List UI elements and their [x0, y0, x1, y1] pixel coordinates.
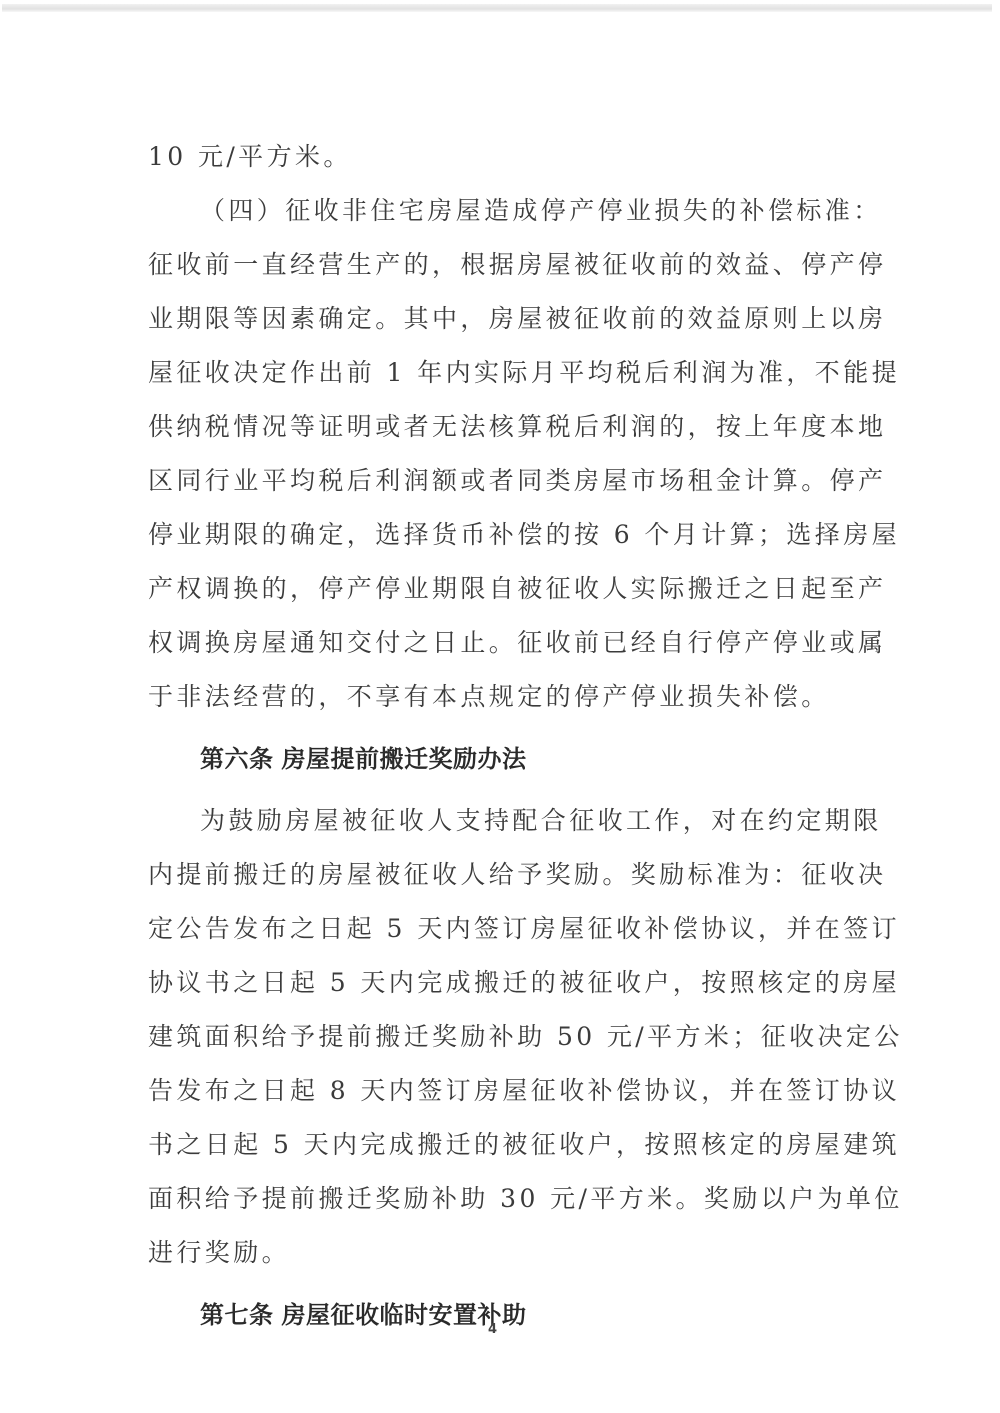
document-page: 10 元/平方米。 （四）征收非住宅房屋造成停产停业损失的补偿标准： 征收前一直…	[148, 130, 858, 1350]
text-line-section-4: （四）征收非住宅房屋造成停产停业损失的补偿标准：	[148, 184, 858, 238]
article-number: 第七条	[200, 1301, 274, 1329]
text-line: 业期限等因素确定。其中，房屋被征收前的效益原则上以房	[148, 292, 858, 346]
text-line: 供纳税情况等证明或者无法核算税后利润的，按上年度本地	[148, 400, 858, 454]
text-line: 产权调换的，停产停业期限自被征收人实际搬迁之日起至产	[148, 562, 858, 616]
text-line: 定公告发布之日起 5 天内签订房屋征收补偿协议，并在签订	[148, 902, 858, 956]
text-line: 10 元/平方米。	[148, 130, 858, 184]
text-line: 为鼓励房屋被征收人支持配合征收工作，对在约定期限	[148, 794, 858, 848]
text-line: 停业期限的确定，选择货币补偿的按 6 个月计算；选择房屋	[148, 508, 858, 562]
text-line: 书之日起 5 天内完成搬迁的被征收户，按照核定的房屋建筑	[148, 1118, 858, 1172]
article-number: 第六条	[200, 745, 274, 773]
text-line: 协议书之日起 5 天内完成搬迁的被征收户，按照核定的房屋	[148, 956, 858, 1010]
scan-edge-shadow	[2, 4, 992, 12]
text-line: 权调换房屋通知交付之日止。征收前已经自行停产停业或属	[148, 616, 858, 670]
text-line: 建筑面积给予提前搬迁奖励补助 50 元/平方米；征收决定公	[148, 1010, 858, 1064]
page-number: 4	[488, 1322, 497, 1337]
text-line: 征收前一直经营生产的，根据房屋被征收前的效益、停产停	[148, 238, 858, 292]
article-6-heading: 第六条房屋提前搬迁奖励办法	[148, 724, 858, 794]
text-line: 屋征收决定作出前 1 年内实际月平均税后利润为准，不能提	[148, 346, 858, 400]
text-line: 告发布之日起 8 天内签订房屋征收补偿协议，并在签订协议	[148, 1064, 858, 1118]
article-7-heading: 第七条房屋征收临时安置补助	[148, 1280, 858, 1350]
text-line: 面积给予提前搬迁奖励补助 30 元/平方米。奖励以户为单位	[148, 1172, 858, 1226]
text-line: 于非法经营的，不享有本点规定的停产停业损失补偿。	[148, 670, 858, 724]
article-title: 房屋提前搬迁奖励办法	[282, 745, 527, 773]
text-line: 进行奖励。	[148, 1226, 858, 1280]
text-line: 内提前搬迁的房屋被征收人给予奖励。奖励标准为：征收决	[148, 848, 858, 902]
text-line: 区同行业平均税后利润额或者同类房屋市场租金计算。停产	[148, 454, 858, 508]
